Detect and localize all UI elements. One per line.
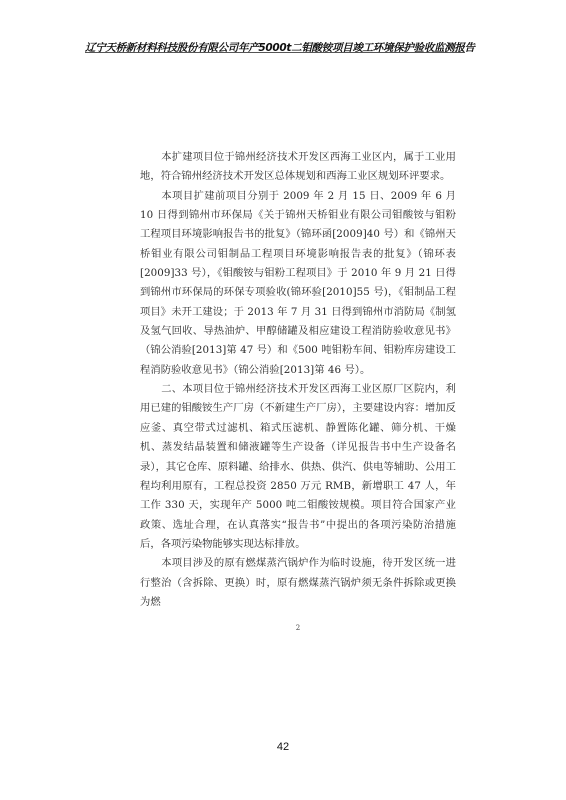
- page-number: 42: [0, 741, 566, 753]
- scanned-page-content: 本扩建项目位于锦州经济技术开发区西海工业区内，属于工业用地，符合锦州经济技术开发…: [140, 148, 456, 612]
- report-header: 辽宁天桥新材料科技股份有限公司年产5000t二钼酸铵项目竣工环境保护验收监测报告: [85, 36, 465, 53]
- paragraph-boiler: 本项目涉及的原有燃煤蒸汽锅炉作为临时设施，待开发区统一进行整治（含拆除、更换）时…: [140, 554, 456, 612]
- paragraph-location: 本扩建项目位于锦州经济技术开发区西海工业区内，属于工业用地，符合锦州经济技术开发…: [140, 148, 456, 187]
- paragraph-approval-history: 本项目扩建前项目分别于 2009 年 2 月 15 日、2009 年 6 月 1…: [140, 187, 456, 380]
- paragraph-project-scope: 二、本项目位于锦州经济技术开发区西海工业区原厂区院内，利用已建的钼酸铵生产厂房（…: [140, 380, 456, 554]
- inner-page-number: 2: [140, 624, 456, 632]
- report-title: 辽宁天桥新材料科技股份有限公司年产5000t二钼酸铵项目竣工环境保护验收监测报告: [85, 42, 475, 54]
